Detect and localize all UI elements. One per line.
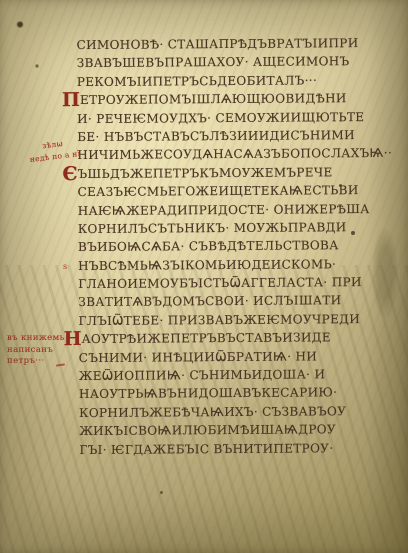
manuscript-page-photo: СИМОНОВѢ· СТАШАПРѢДЪВРАТЪІИПРИЗВАВЪШЕВЪП… <box>0 0 408 553</box>
photo-vignette <box>0 0 408 553</box>
